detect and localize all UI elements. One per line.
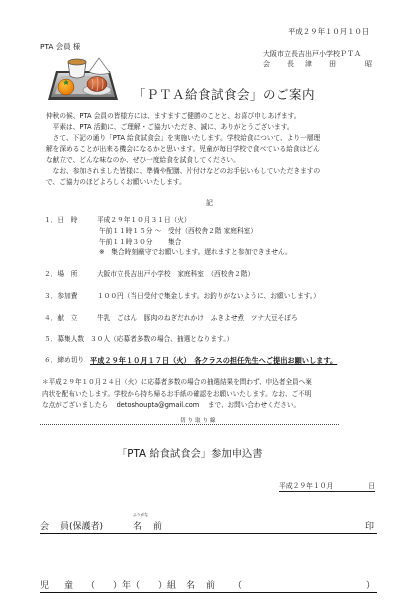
body-paragraph: 仲秋の候、PTA 会員の皆様方には、ますますご健勝のことと、お喜び申しあげます。 [46, 111, 416, 122]
sender-title: 会 長 [263, 59, 299, 69]
detail-deadline: ６．締め切り 平成２９年１０月１７日（火） 各クラスの担任先生へご提出お願いしま… [44, 355, 337, 366]
furigana-label: ふりがな [133, 512, 148, 518]
detail-label: ２．場 所 [44, 269, 97, 280]
member-label-1: 会 [40, 519, 49, 532]
detail-fee: ３．参加費 １００円（当日受付で集金します。お釣りがないように、お願いします。） [44, 291, 320, 302]
grade-class-input[interactable]: （ ）年（ ）組 [86, 578, 176, 591]
detail-value: ３０人（応募者多数の場合、抽選となります。） [90, 334, 233, 345]
notice-footnote: ＊平成２９年１０月２４日（火）に応募者多数の場合の抽選結果を問わず、申込者全員へ… [42, 377, 312, 412]
detail-label: ３．参加費 [44, 291, 97, 302]
school-lunch-tray-icon [46, 55, 120, 103]
details-list: １．日 時 平成２９年１０月３１日（火） 午前１１時１５分 ～ 受付（西校舎２階… [44, 215, 420, 365]
child-name-close-paren: ） [366, 578, 375, 591]
detail-datetime: １．日 時 平成２９年１０月３１日（火） [44, 215, 191, 226]
detail-datetime-note: ※ 集合時刻厳守でお願いします。遅れますと参加できません。 [99, 247, 292, 258]
body-paragraph: な献立で、どんな味なのか、ぜひ一度給食を試食してください。 [46, 155, 416, 166]
detail-value: 平成２９年１０月３１日（火） [97, 215, 191, 226]
body-paragraph: 平素は、PTA 活動に、ご理解・ご協力いただき、誠に、ありがとうございます。 [46, 122, 416, 133]
child-info-field[interactable]: 児 童 （ ）年（ ）組 名 前 （ ） [40, 578, 377, 593]
cut-line-label: 切り取り線 [178, 416, 220, 424]
form-title: 「PTA 給食試食会」参加申込書 [117, 445, 263, 460]
detail-value: １００円（当日受付で集金します。お釣りがないように、お願いします。） [97, 291, 320, 302]
detail-label: １．日 時 [44, 215, 97, 226]
footnote-line: 内状を配布いたします。学校から持ち帰るお手紙の確認をお願いいたします。なお、ご不… [42, 389, 312, 401]
organization-name: 大阪市立長吉出戸小学校ＰＴＡ [263, 49, 377, 59]
form-date-prefix: 平成２９年１０月 [279, 482, 333, 490]
ki-heading: 記 [206, 198, 213, 208]
detail-menu: ４．献 立 牛乳 ごはん 豚肉のねぎだれかけ ふきよせ煮 ツナ大豆そぼろ [44, 313, 298, 324]
footnote-line: な点がございましたら detoshoupta@gmail.com まで、お問い合… [42, 400, 312, 412]
sender-name: 津 田 昭 [305, 59, 377, 69]
detail-place: ２．場 所 大阪市立長吉出戸小学校 家庭科室 （西校舎２階） [44, 269, 254, 280]
form-date-day: 日 [368, 480, 375, 490]
document-date: 平成２９年１０月１０日 [288, 26, 369, 37]
member-label-2: 員(保護者) [60, 519, 103, 532]
detail-label: ５．募集人数 [44, 334, 90, 345]
notice-title: 「ＰＴＡ給食試食会」のご案内 [133, 85, 315, 103]
sender-block: 大阪市立長吉出戸小学校ＰＴＡ 会 長 津 田 昭 [263, 49, 377, 69]
name-label-1: 名 [133, 519, 142, 532]
child-label-2: 童 [64, 578, 73, 591]
form-date-field[interactable]: 平成２９年１０月 日 [279, 480, 375, 492]
detail-label: ６．締め切り [44, 355, 90, 366]
body-paragraph: なお、参加されました皆様に、準備や配膳、片付けなどのお手伝いもしていただきますの [46, 166, 416, 177]
footnote-line: ＊平成２９年１０月２４日（火）に応募者多数の場合の抽選結果を問わず、申込者全員へ… [42, 377, 312, 389]
seal-mark: 印 [365, 519, 374, 532]
body-paragraph: で、ご協力のほどよろしくお願いいたします。 [46, 177, 416, 188]
detail-datetime-reception: 午前１１時１５分 ～ 受付（西校舎２階 家庭科室） [99, 226, 257, 237]
notice-body: 仲秋の候、PTA 会員の皆様方には、ますますご健勝のことと、お喜び申しあげます。… [46, 111, 416, 188]
body-paragraph: さて、下記の通り「PTA 給食試食会」を実施いたします。学校給食について、より一… [46, 133, 416, 144]
member-name-field[interactable]: 会 員(保護者) 名 前 印 [40, 519, 377, 534]
child-name-open-paren: （ [233, 578, 242, 591]
detail-value: 牛乳 ごはん 豚肉のねぎだれかけ ふきよせ煮 ツナ大豆そぼろ [97, 313, 298, 324]
detail-capacity: ５．募集人数 ３０人（応募者多数の場合、抽選となります。） [44, 334, 233, 345]
child-name-label-2: 前 [206, 578, 215, 591]
body-paragraph: 解を深めることが出来る機会になるかと思います。児童が毎日学校で食べている給食はど… [46, 144, 416, 155]
cut-line-divider [40, 424, 339, 425]
deadline-value: 平成２９年１０月１７日（火） 各クラスの担任先生へご提出お願いします。 [90, 355, 337, 366]
detail-label: ４．献 立 [44, 313, 97, 324]
detail-value: 大阪市立長吉出戸小学校 家庭科室 （西校舎２階） [97, 269, 254, 280]
addressee: PTA 会員 様 [40, 41, 80, 52]
name-label-2: 前 [153, 519, 162, 532]
child-label-1: 児 [40, 578, 49, 591]
child-name-label-1: 名 [186, 578, 195, 591]
